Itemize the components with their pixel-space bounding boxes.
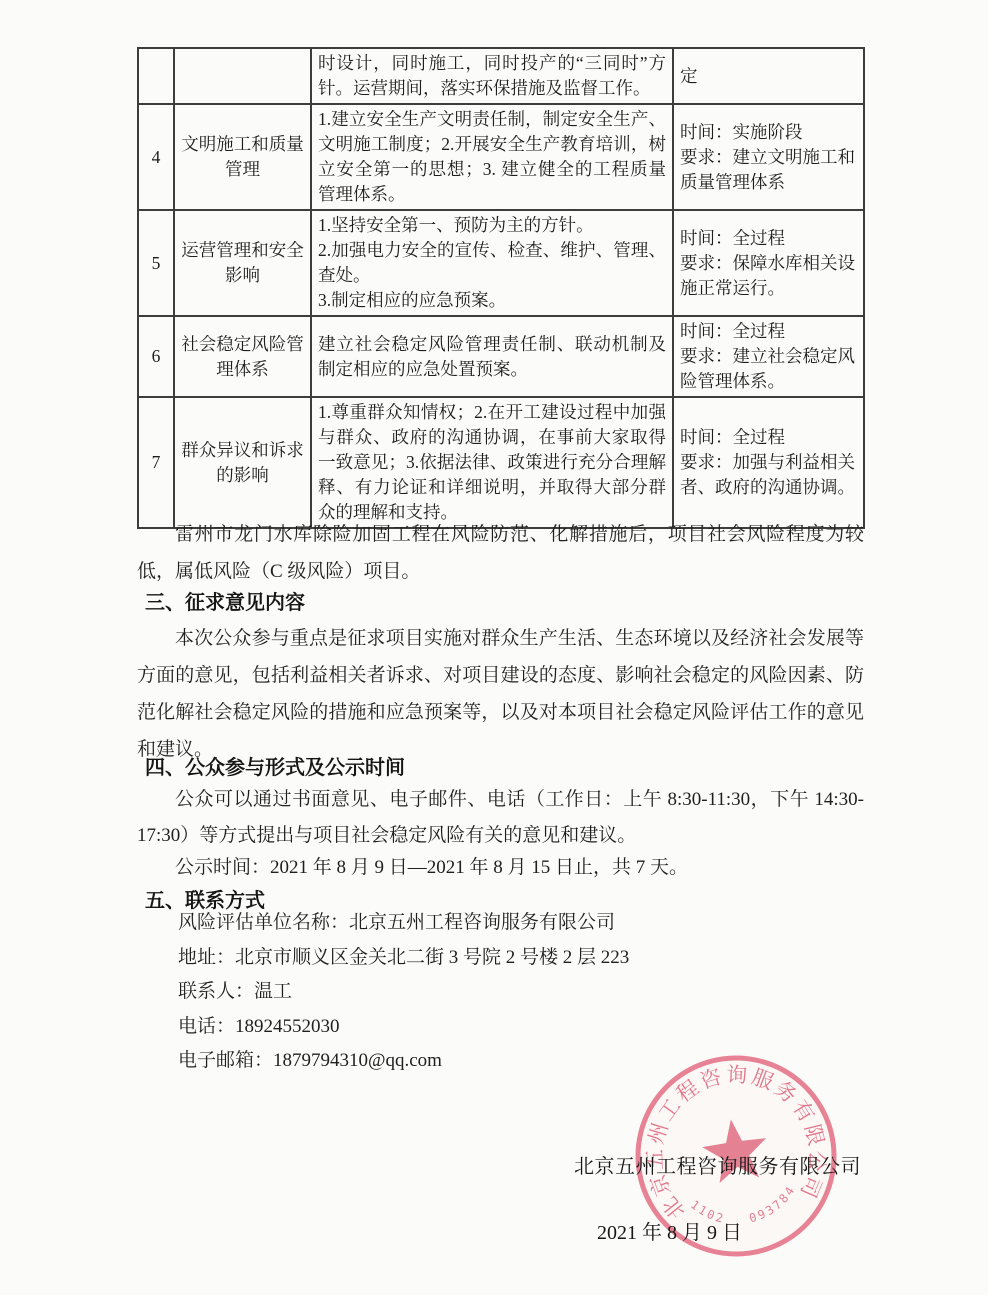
cell-category: 群众异议和诉求的影响 xyxy=(174,397,311,528)
contact-unit-name: 风险评估单位名称：北京五州工程咨询服务有限公司 xyxy=(137,906,864,941)
cell-requirement: 时间：全过程 要求：建立社会稳定风险管理体系。 xyxy=(673,316,864,397)
cell-number: 4 xyxy=(138,104,174,210)
table-row-6: 6 社会稳定风险管理体系 建立社会稳定风险管理责任制、联动机制及制定相应的应急处… xyxy=(138,316,864,397)
cell-number: 6 xyxy=(138,316,174,397)
footer-company-name: 北京五州工程咨询服务有限公司 xyxy=(574,1150,861,1179)
cell-measures: 1.坚持安全第一、预防为主的方针。 2.加强电力安全的宣传、检查、维护、管理、查… xyxy=(311,210,673,316)
paragraph-participation-forms: 公众可以通过书面意见、电子邮件、电话（工作日：上午 8:30-11:30，下午 … xyxy=(137,782,864,854)
cell-requirement: 时间：全过程 要求：加强与利益相关者、政府的沟通协调。 xyxy=(673,397,864,528)
contact-address: 地址：北京市顺义区金关北二街 3 号院 2 号楼 2 层 223 xyxy=(137,941,864,976)
cell-measures: 1.建立安全生产文明责任制，制定安全生产、文明施工制度；2.开展安全生产教育培训… xyxy=(311,104,673,210)
cell-category: 文明施工和质量管理 xyxy=(174,104,311,210)
contact-phone: 电话：18924552030 xyxy=(137,1010,864,1045)
cell-requirement: 时间：实施阶段 要求：建立文明施工和质量管理体系 xyxy=(673,104,864,210)
paragraph-publicity-time: 公示时间：2021 年 8 月 9 日—2021 年 8 月 15 日止，共 7… xyxy=(137,850,864,886)
cell-requirement: 时间：全过程 要求：保障水库相关设施正常运行。 xyxy=(673,210,864,316)
cell-measures: 时设计，同时施工，同时投产的“三同时”方针。运营期间，落实环保措施及监督工作。 xyxy=(311,48,673,104)
contact-person: 联系人：温工 xyxy=(137,975,864,1010)
risk-measures-table: 时设计，同时施工，同时投产的“三同时”方针。运营期间，落实环保措施及监督工作。 … xyxy=(137,47,865,529)
cell-measures: 建立社会稳定风险管理责任制、联动机制及制定相应的应急处置预案。 xyxy=(311,316,673,397)
cell-measures: 1.尊重群众知情权；2.在开工建设过程中加强与群众、政府的沟通协调，在事前大家取… xyxy=(311,397,673,528)
cell-number: 5 xyxy=(138,210,174,316)
cell-category xyxy=(174,48,311,104)
table-row-7: 7 群众异议和诉求的影响 1.尊重群众知情权；2.在开工建设过程中加强与群众、政… xyxy=(138,397,864,528)
table-row-continuation: 时设计，同时施工，同时投产的“三同时”方针。运营期间，落实环保措施及监督工作。 … xyxy=(138,48,864,104)
cell-number: 7 xyxy=(138,397,174,528)
cell-requirement: 定 xyxy=(673,48,864,104)
table-row-4: 4 文明施工和质量管理 1.建立安全生产文明责任制，制定安全生产、文明施工制度；… xyxy=(138,104,864,210)
table-row-5: 5 运营管理和安全影响 1.坚持安全第一、预防为主的方针。 2.加强电力安全的宣… xyxy=(138,210,864,316)
cell-category: 社会稳定风险管理体系 xyxy=(174,316,311,397)
footer-date: 2021 年 8 月 9 日 xyxy=(597,1216,742,1245)
cell-category: 运营管理和安全影响 xyxy=(174,210,311,316)
section-heading-4: 四、公众参与形式及公示时间 xyxy=(145,751,405,780)
cell-number xyxy=(138,48,174,104)
paragraph-risk-conclusion: 雷州市龙门水库除险加固工程在风险防范、化解措施后，项目社会风险程度为较低，属低风… xyxy=(137,516,864,590)
section-heading-3: 三、征求意见内容 xyxy=(145,586,305,615)
paragraph-opinion-content: 本次公众参与重点是征求项目实施对群众生产生活、生态环境以及经济社会发展等方面的意… xyxy=(137,620,864,768)
document-page: 时设计，同时施工，同时投产的“三同时”方针。运营期间，落实环保措施及监督工作。 … xyxy=(0,0,988,1295)
